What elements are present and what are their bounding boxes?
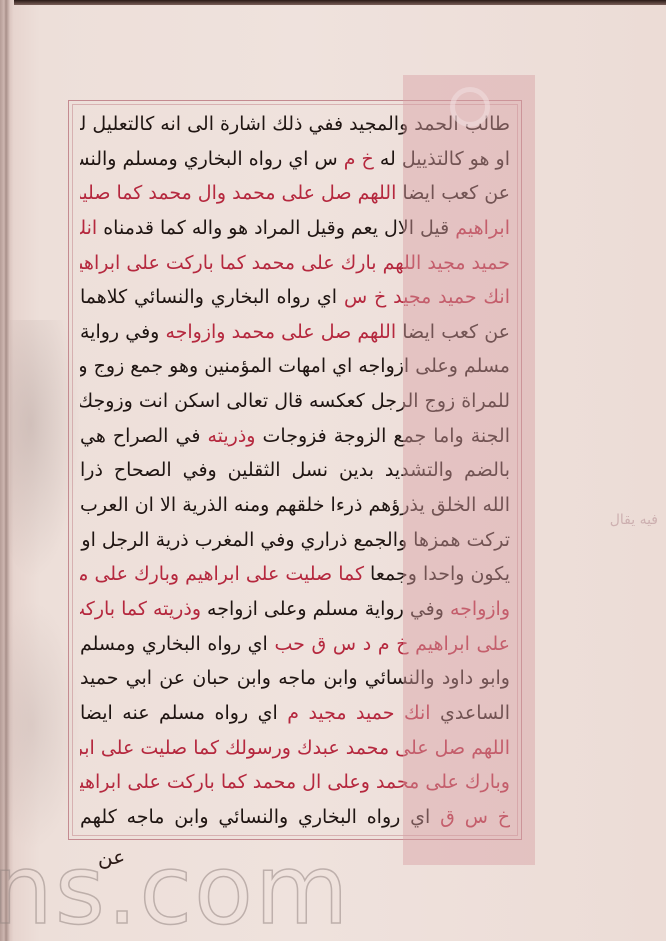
body-text: اي رواه البخاري ومسلم	[80, 633, 274, 655]
body-text: اي رواه البخاري والنسائي وابن ماجه كلهم	[80, 806, 440, 828]
rubric-text: اللهم صل على محمد وازواجه	[165, 321, 396, 343]
margin-bleed-note: فيه يقال	[548, 512, 658, 528]
rubric-text: خ م	[344, 148, 374, 170]
body-text: في الصراح هي	[80, 425, 207, 447]
manuscript-page: طالب الحمد والمجيد ففي ذلك اشارة الى انه…	[0, 0, 666, 941]
body-text: قيل الال يعم وقيل المراد هو واله كما قدم…	[97, 217, 455, 239]
rubric-text: وذريته	[207, 425, 255, 447]
rubric-text: انك	[80, 217, 97, 239]
rubric-text: كما صليت على ابراهيم وبارك على محمد	[80, 563, 364, 585]
body-text: اي رواه مسلم عنه ايضا	[80, 702, 287, 724]
stamp-icon	[450, 87, 490, 127]
highlight-overlay	[403, 75, 535, 865]
body-text: س اي رواه البخاري ومسلم والنسائي	[80, 148, 344, 170]
body-text: وفي رواية	[80, 321, 165, 343]
page-top-edge	[0, 0, 666, 5]
rubric-text: وذريته كما باركت	[80, 598, 201, 620]
body-text: اي رواه البخاري والنسائي كلاهما	[80, 286, 344, 308]
rubric-text: اللهم صل على محمد وال محمد كما صليت على	[80, 182, 396, 204]
watermark: ns.com	[0, 842, 350, 938]
